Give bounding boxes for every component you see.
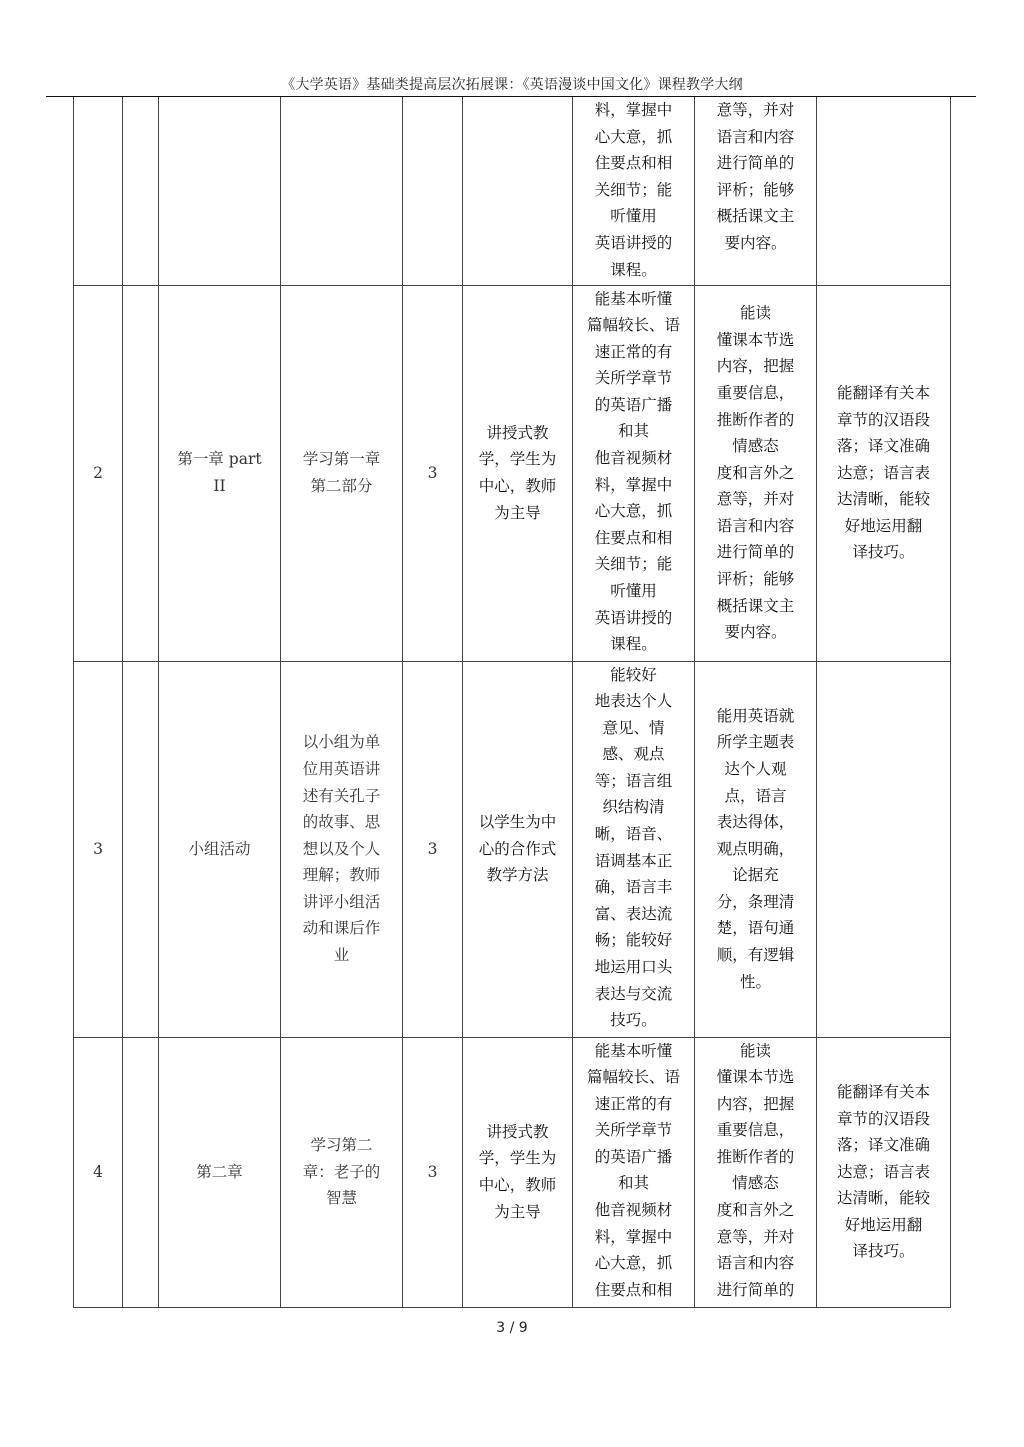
table-row: 4 第二章 学习第二 章：老子的 智慧 3 讲授式教 学，学生为 中心，教师 为… bbox=[74, 1037, 951, 1307]
table-row: 2 第一章 part II 学习第一章 第二部分 3 讲授式教 学，学生为 中心… bbox=[74, 285, 951, 661]
cell-chapter: 小组活动 bbox=[159, 661, 281, 1037]
cell-hours: 3 bbox=[403, 285, 463, 661]
cell-hours: 3 bbox=[403, 1037, 463, 1307]
cell-reading-writing: 意等，并对 语言和内容 进行简单的 评析；能够 概括课文主 要内容。 bbox=[695, 97, 817, 285]
cell-blank bbox=[123, 661, 159, 1037]
cell-no: 2 bbox=[74, 285, 123, 661]
cell-translation bbox=[817, 661, 951, 1037]
cell-hours: 3 bbox=[403, 661, 463, 1037]
table-row-continuation: 料，掌握中 心大意，抓 住要点和相 关细节；能 听懂用 英语讲授的 课程。 意等… bbox=[74, 97, 951, 285]
page-number: 3 / 9 bbox=[0, 1320, 1024, 1336]
cell-content bbox=[281, 97, 403, 285]
cell-content: 学习第二 章：老子的 智慧 bbox=[281, 1037, 403, 1307]
cell-no: 3 bbox=[74, 661, 123, 1037]
cell-method: 以学生为中 心的合作式 教学方法 bbox=[463, 661, 573, 1037]
cell-reading-writing: 能读 懂课本节选 内容，把握 重要信息， 推断作者的 情感态 度和言外之 意等，… bbox=[695, 1037, 817, 1307]
cell-chapter bbox=[159, 97, 281, 285]
cell-translation: 能翻译有关本 章节的汉语段 落；译文准确 达意；语言表 达清晰，能较 好地运用翻… bbox=[817, 285, 951, 661]
cell-blank bbox=[123, 1037, 159, 1307]
cell-content: 以小组为单 位用英语讲 述有关孔子 的故事、思 想以及个人 理解；教师 讲评小组… bbox=[281, 661, 403, 1037]
cell-method: 讲授式教 学，学生为 中心，教师 为主导 bbox=[463, 1037, 573, 1307]
cell-reading-writing: 能读 懂课本节选 内容，把握 重要信息， 推断作者的 情感态 度和言外之 意等，… bbox=[695, 285, 817, 661]
cell-no bbox=[74, 97, 123, 285]
syllabus-table: 料，掌握中 心大意，抓 住要点和相 关细节；能 听懂用 英语讲授的 课程。 意等… bbox=[73, 97, 951, 1308]
cell-blank bbox=[123, 285, 159, 661]
cell-translation bbox=[817, 97, 951, 285]
cell-reading-writing: 能用英语就 所学主题表 达个人观 点，语言 表达得体， 观点明确， 论据充 分，… bbox=[695, 661, 817, 1037]
cell-hours bbox=[403, 97, 463, 285]
cell-no: 4 bbox=[74, 1037, 123, 1307]
cell-listening-speaking: 能基本听懂 篇幅较长、语 速正常的有 关所学章节 的英语广播 和其 他音视频材 … bbox=[573, 285, 695, 661]
cell-listening-speaking: 能较好 地表达个人 意见、情 感、观点 等；语言组 织结构清 晰，语音、 语调基… bbox=[573, 661, 695, 1037]
cell-method: 讲授式教 学，学生为 中心，教师 为主导 bbox=[463, 285, 573, 661]
cell-chapter: 第二章 bbox=[159, 1037, 281, 1307]
cell-chapter: 第一章 part II bbox=[159, 285, 281, 661]
page-header-title: 《大学英语》基础类提高层次拓展课：《英语漫谈中国文化》课程教学大纲 bbox=[0, 74, 1024, 94]
cell-listening-speaking: 料，掌握中 心大意，抓 住要点和相 关细节；能 听懂用 英语讲授的 课程。 bbox=[573, 97, 695, 285]
cell-blank bbox=[123, 97, 159, 285]
cell-content: 学习第一章 第二部分 bbox=[281, 285, 403, 661]
table-row: 3 小组活动 以小组为单 位用英语讲 述有关孔子 的故事、思 想以及个人 理解；… bbox=[74, 661, 951, 1037]
cell-method bbox=[463, 97, 573, 285]
cell-translation: 能翻译有关本 章节的汉语段 落；译文准确 达意；语言表 达清晰，能较 好地运用翻… bbox=[817, 1037, 951, 1307]
cell-listening-speaking: 能基本听懂 篇幅较长、语 速正常的有 关所学章节 的英语广播 和其 他音视频材 … bbox=[573, 1037, 695, 1307]
